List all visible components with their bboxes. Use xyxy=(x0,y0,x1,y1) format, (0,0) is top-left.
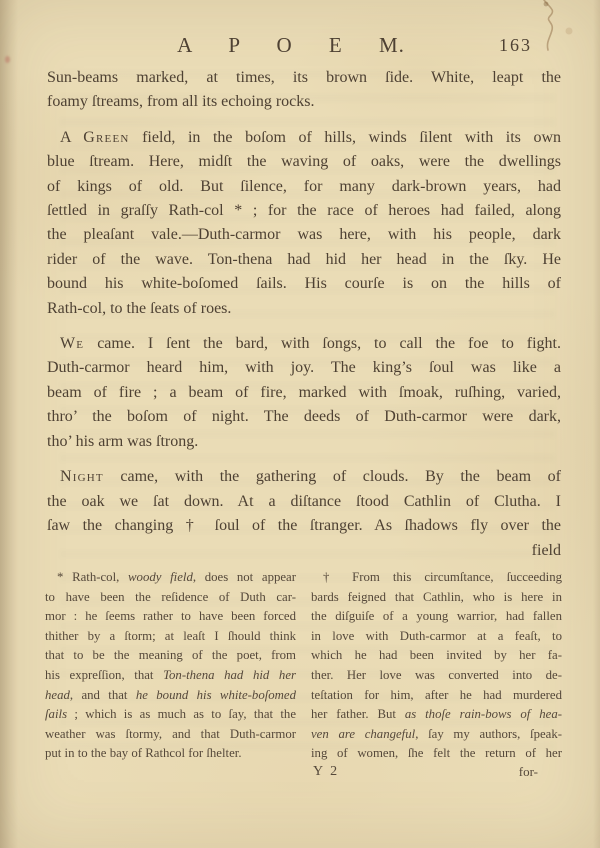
text-line: ther. Her love was converted into de- xyxy=(311,666,562,686)
page-edge-shadow xyxy=(593,0,600,848)
catchword: for- xyxy=(519,764,538,780)
footnote-left: * Rath-col, woody field, does not appear… xyxy=(45,568,296,764)
text-line: her father. But as thoſe rain-bows of he… xyxy=(311,705,562,725)
text-line: foamy ſtreams, from all its echoing rock… xyxy=(47,90,561,114)
text-line: ſettled in graſſy Rath-col * ; for the r… xyxy=(47,199,561,223)
text-line: tho’ his arm was ſtrong. xyxy=(47,430,561,454)
paragraph: A Green field, in the boſom of hills, wi… xyxy=(47,126,561,321)
text-line: the diſguiſe of a young warrior, had fal… xyxy=(311,607,562,627)
text-line: mor : he ſeems rather to have been force… xyxy=(45,607,296,627)
text-line: blue ſtream. Here, midſt the waving of o… xyxy=(47,150,561,174)
paragraph: Sun-beams marked, at times, its brown ſi… xyxy=(47,66,561,115)
text-line: teſtation for him, after he had murdered xyxy=(311,686,562,706)
signature-row: Y 2 for- xyxy=(47,764,561,784)
text-line: Duth-carmor heard him, with joy. The kin… xyxy=(47,356,561,380)
text-line: We came. I ſent the bard, with ſongs, to… xyxy=(47,332,561,356)
text-line: that to be the meaning of the poet, from xyxy=(45,646,296,666)
text-line: ſails ; which is as much as to ſay, that… xyxy=(45,705,296,725)
text-line: Rath-col, to the ſeats of roes. xyxy=(47,297,561,321)
text-line: thither by a ſtorm; at leaſt I ſhould th… xyxy=(45,627,296,647)
paragraph: We came. I ſent the bard, with ſongs, to… xyxy=(47,332,561,454)
text-line: rider of the wave. Ton-thena had hid her… xyxy=(47,248,561,272)
text-line: put in to the bay of Rathcol for ſhelter… xyxy=(45,744,296,764)
catchword: field xyxy=(47,539,561,563)
signature-mark: Y 2 xyxy=(313,764,339,780)
text-line: bards feigned that Cathlin, who is here … xyxy=(311,588,562,608)
running-title: A P O E M. xyxy=(48,33,560,58)
text-line: * Rath-col, woody field, does not appear xyxy=(45,568,296,588)
text-line: to have been the reſidence of Duth car- xyxy=(45,588,296,608)
gutter-shadow xyxy=(0,0,18,848)
text-line: ven are changeful, ſay my authors, ſpeak… xyxy=(311,725,562,745)
footnotes: * Rath-col, woody field, does not appear… xyxy=(45,568,563,764)
text-line: the pleaſant vale.—Duth-carmor was here,… xyxy=(47,223,561,247)
text-line: ing of women, ſhe felt the return of her xyxy=(311,744,562,764)
page-header: A P O E M. 163 xyxy=(48,33,560,59)
text-line: Night came, with the gathering of clouds… xyxy=(47,465,561,489)
footnote-right: † From this circumſtance, ſucceedingbard… xyxy=(311,568,562,764)
book-page-scan: A P O E M. 163 Sun-beams marked, at time… xyxy=(0,0,600,848)
text-line: which he had been invited by her fa- xyxy=(311,646,562,666)
text-line: in love with Duth-carmor at a feaſt, to xyxy=(311,627,562,647)
paragraph: Night came, with the gathering of clouds… xyxy=(47,465,561,538)
text-line: thro’ the boſom of night. The deeds of D… xyxy=(47,405,561,429)
text-line: Sun-beams marked, at times, its brown ſi… xyxy=(47,66,561,90)
text-line: the oak we ſat down. At a diſtance ſtood… xyxy=(47,490,561,514)
text-line: † From this circumſtance, ſucceeding xyxy=(311,568,562,588)
text-line: A Green field, in the boſom of hills, wi… xyxy=(47,126,561,150)
paper-speck xyxy=(5,56,10,63)
text-line: bound his white-boſomed ſails. His courſ… xyxy=(47,272,561,296)
main-text-block: Sun-beams marked, at times, its brown ſi… xyxy=(47,66,561,564)
text-line: weather was ſtormy, and that Duth-carmor xyxy=(45,725,296,745)
text-line: his expreſſion, that Ton-thena had hid h… xyxy=(45,666,296,686)
text-line: of kings of old. But ſilence, for many d… xyxy=(47,175,561,199)
page-number: 163 xyxy=(499,35,532,56)
text-line: beam of fire ; a beam of fire, marked wi… xyxy=(47,381,561,405)
text-line: head, and that he bound his white-boſome… xyxy=(45,686,296,706)
text-line: ſaw the changing † ſoul of the ſtranger.… xyxy=(47,514,561,538)
